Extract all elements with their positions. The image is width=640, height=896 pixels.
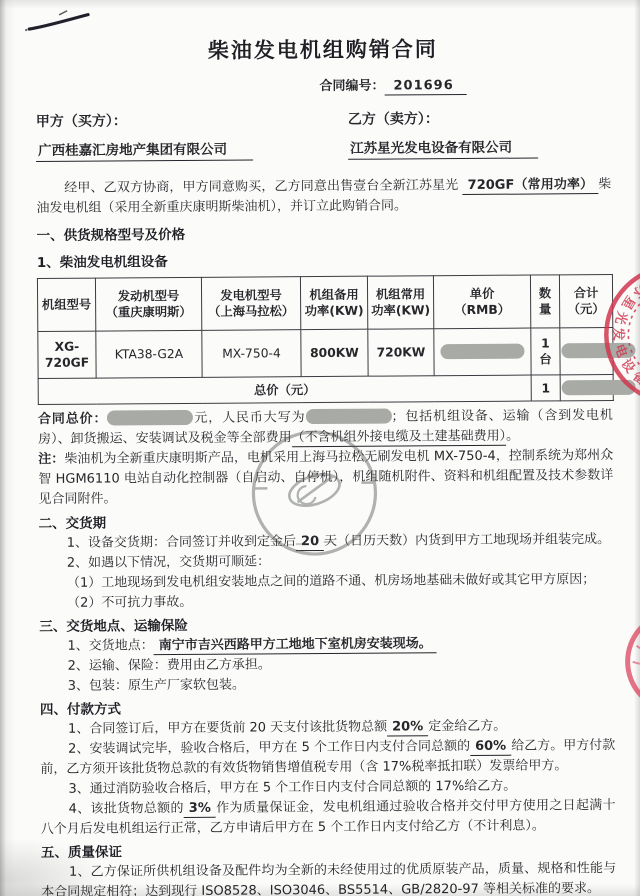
col-standby-power: 机组备用 功率(KW) — [300, 276, 367, 329]
intro-pre: 经甲、乙双方协商，甲方同意购买，乙方同意出售壹台全新江苏星光 — [64, 178, 462, 196]
cell-prime-power: 720KW — [368, 329, 434, 376]
buyer-name: 广西桂嘉汇房地产集团有限公司 — [36, 137, 253, 162]
cell-total-amount — [560, 374, 613, 400]
payment-item-4: 4、该批货物总额的3%作为质量保证金，发电机组通过验收合格并交付甲方使用之日起满… — [41, 796, 616, 840]
contract-number-label: 合同编号： — [319, 79, 384, 94]
total-mid1: 元，人民币大写为 — [193, 410, 305, 426]
location-item1-pre: 1、交货地点： — [67, 638, 153, 654]
total-label: 合同总价： — [38, 411, 108, 426]
contract-content: 柴油发电机组购销合同 合同编号：201696 甲方（买方）： 广西桂嘉汇房地产集… — [0, 0, 640, 896]
section1-heading: 一、供货规格型号及价格 — [37, 222, 612, 246]
cell-engine-model: KTA38-G2A — [96, 330, 202, 378]
location-item-3: 3、包装：原生产厂家软包装。 — [40, 673, 615, 697]
quality-items: 1、乙方保证所供机组设备及配件均为全新的未经使用过的优质原装产品，质量、规格和性… — [41, 859, 616, 896]
payment-item1-pre: 1、合同签订后，甲方在要货前 20 天支付该批货物总额 — [68, 720, 387, 737]
cell-unit-price — [434, 328, 531, 376]
buyer-block: 甲方（买方）： 广西桂嘉汇房地产集团有限公司 — [36, 109, 348, 162]
quality-item-1: 1、乙方保证所供机组设备及配件均为全新的未经使用过的优质原装产品，质量、规格和性… — [41, 859, 616, 896]
payment-item-2: 2、安装调试完毕，验收合格后，甲方在 5 个工作日内支付合同总额的60%给乙方。… — [40, 736, 615, 780]
col-subtotal: 合计 （元） — [559, 274, 612, 327]
cell-total-qty: 1 — [531, 375, 560, 401]
cell-subtotal — [560, 327, 613, 374]
intro-paragraph: 经甲、乙双方协商，甲方同意购买，乙方同意出售壹台全新江苏星光 720GF（常用功… — [36, 175, 611, 219]
col-unit-price: 单价 （RMB） — [433, 275, 530, 329]
contract-number-value: 201696 — [384, 78, 466, 96]
table-row: XG-720GF KTA38-G2A MX-750-4 800KW 720KW … — [38, 327, 613, 378]
table-total-row: 总价（元） 1 — [38, 374, 613, 404]
contract-number-line: 合同编号：201696 — [106, 72, 640, 95]
buyer-label: 甲方（买方）： — [36, 109, 348, 131]
generator-spec-table: 机组型号 发动机型号 （重庆康明斯） 发电机型号 （上海马拉松） 机组备用 功率… — [37, 274, 614, 405]
contract-total-paragraph: 合同总价：元，人民币大写为；包括机组设备、运输（含到发电机房）、卸货搬运、安装调… — [38, 406, 613, 450]
section1-subheading: 1、柴油发电机组设备 — [37, 249, 612, 273]
delivery-item-1: 1、设备交货期：合同签订并收到定金后20天（日历天数）内货到甲方工地现场并组装完… — [39, 530, 614, 554]
cell-quantity: 1 台 — [531, 328, 560, 375]
note-label: 注： — [38, 452, 64, 467]
model-underlined: 720GF（常用功率） — [463, 177, 599, 195]
delivery-item1-post: 天（日历天数）内货到甲方工地现场并组装完成。 — [324, 532, 610, 549]
col-engine-model: 发动机型号 （重庆康明斯） — [95, 277, 201, 331]
seller-name: 江苏星光发电设备有限公司 — [348, 135, 538, 159]
payment-item4-pre: 4、该批货物总额的 — [69, 801, 184, 817]
page-title: 柴油发电机组购销合同 — [35, 32, 610, 66]
cell-standby-power: 800KW — [301, 329, 368, 376]
redaction-pill — [305, 409, 391, 425]
redaction-pill — [440, 344, 524, 360]
payment-items: 1、合同签订后，甲方在要货前 20 天支付该批货物总额20%定金给乙方。 2、安… — [40, 716, 616, 840]
seller-block: 乙方（卖方）： 江苏星光发电设备有限公司 — [348, 107, 538, 159]
cell-total-label: 总价（元） — [38, 375, 531, 404]
delivery-item1-pre: 1、设备交货期：合同签订并收到定金后 — [67, 534, 296, 551]
total-end: 。 — [506, 429, 519, 444]
delivery-days-underlined: 20 — [296, 534, 324, 551]
redaction-pill — [107, 410, 193, 426]
payment-item2-pre: 2、安装调试完毕，验收合格后，甲方在 5 个工作日内支付合同总额的 — [68, 739, 470, 757]
cell-alternator-model: MX-750-4 — [202, 330, 301, 378]
payment-item1-post: 定金给乙方。 — [428, 719, 506, 735]
scanned-contract-page: 柴油发电机组购销合同 合同编号：201696 甲方（买方）： 广西桂嘉汇房地产集… — [0, 0, 640, 896]
cell-unit-model: XG-720GF — [38, 331, 96, 378]
redaction-pill — [562, 379, 636, 395]
excluded-costs-underlined: （不含机组外接电缆及土建基础费用） — [292, 429, 507, 447]
retention-percent-underlined: 3% — [184, 801, 216, 818]
col-prime-power: 机组常用 功率(KW) — [367, 276, 433, 329]
note-paragraph: 注：柴油机为全新重庆康明斯产品，电机采用上海马拉松无刷发电机 MX-750-4，… — [38, 446, 613, 510]
col-quantity: 数 量 — [530, 275, 559, 328]
delivery-sub-2: （2）不可抗力事故。 — [39, 590, 614, 614]
col-alternator-model: 发电机型号 （上海马拉松） — [201, 277, 300, 331]
delivery-address-underlined: 南宁市吉兴西路甲方工地地下室机房安装现场。 — [154, 636, 437, 655]
seller-label: 乙方（卖方）： — [348, 107, 538, 128]
delivery-items: 1、设备交货期：合同签订并收到定金后20天（日历天数）内货到甲方工地现场并组装完… — [39, 530, 615, 614]
deposit-percent-underlined: 20% — [387, 719, 428, 736]
redaction-pill — [561, 343, 635, 359]
table-header-row: 机组型号 发动机型号 （重庆康明斯） 发电机型号 （上海马拉松） 机组备用 功率… — [37, 274, 612, 331]
note-text: 柴油机为全新重庆康明斯产品，电机采用上海马拉松无刷发电机 MX-750-4，控制… — [38, 448, 613, 507]
location-items: 1、交货地点：南宁市吉兴西路甲方工地地下室机房安装现场。 2、运输、保险：费用由… — [39, 633, 614, 697]
parties-block: 甲方（买方）： 广西桂嘉汇房地产集团有限公司 乙方（卖方）： 江苏星光发电设备有… — [36, 107, 611, 162]
delivery-sub-1: （1）工地现场到发电机组安装地点之间的道路不通、机房场地基础未做好或其它甲方原因… — [39, 570, 614, 594]
col-unit-model: 机组型号 — [37, 278, 95, 331]
progress-percent-underlined: 60% — [470, 739, 511, 756]
